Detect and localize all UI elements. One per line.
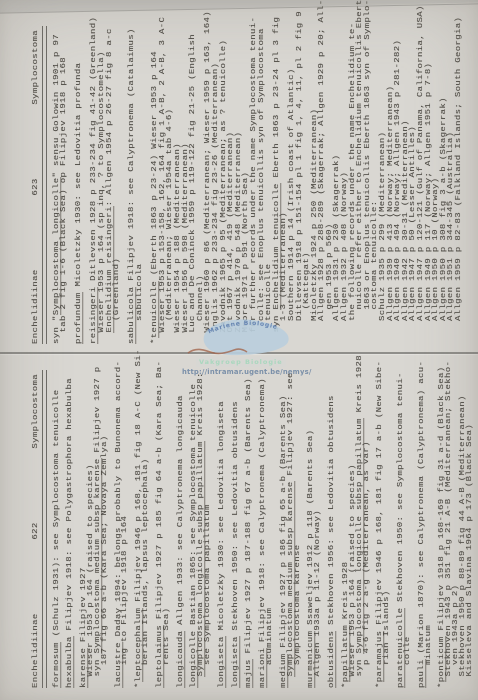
text-line: longiseta Micoletzky 1930: see Ledovitia…	[219, 356, 225, 688]
text-line: longiseta Stekhoven 1950: see Ledovitia …	[233, 356, 239, 688]
page-number: 622	[32, 522, 38, 539]
page-622-running-header: Enchelidiinae 622 Symplocostoma	[32, 374, 38, 688]
text-line: Allgen 1933a p 11-12 (Norway)	[315, 356, 321, 688]
page-623-text: syn "Symplocostoma longicolle" sensu Gol…	[54, 8, 464, 344]
text-line: obtusidens Stekhoven 1956: see Ledovitia…	[329, 356, 335, 688]
text-line: Allgen 1940 p 494 (Norway; Allgen 1943 p…	[395, 8, 401, 344]
text-line: Ott 1967 p 414, 419 (Mediterranean)	[228, 8, 234, 344]
text-line: tenuicolle	[266, 8, 272, 344]
watermark-url: http://intramar.ugent.be/nemys/	[182, 368, 312, 376]
text-line: syn Symplocostoma longicolle subsp papil…	[357, 356, 363, 688]
header-double-rule	[42, 370, 47, 688]
text-line: see Symplocostoma papillatum	[205, 356, 211, 688]
text-line: Wieser 1954 p 188 (Mediterranean)	[175, 8, 181, 344]
text-line: Allgen 1950 p 10 (Norway)	[433, 8, 439, 344]
page-623: Enchelidiinae 623 Symplocostoma syn "Sym…	[0, 8, 478, 352]
running-title-left: Enchelidiinae	[32, 269, 38, 344]
marine-biology-logo: Mariene Biologie	[178, 312, 310, 362]
page-622: Enchelidiinae 622 Symplocostoma formosum…	[0, 356, 478, 700]
text-line: Schulz 1935 p 299 (Mediterranean)	[380, 8, 386, 344]
text-line	[109, 356, 115, 688]
text-line: colle	[405, 356, 411, 688]
text-line: ing to Filipjev 1918 p 164	[122, 356, 128, 688]
scanned-book-spread: Enchelidiinae 623 Symplocostoma syn "Sym…	[0, 0, 478, 700]
text-line: rents Sea)	[164, 356, 170, 688]
text-line: Inglis 1962 p 233-234 fig 23-26 (Mediter…	[213, 8, 219, 344]
text-line: (Greenland)	[114, 8, 120, 344]
text-line: berian Islands, lapsus leptocephala)	[143, 356, 149, 688]
text-line: formosum (Schulz 1931): see Symplocostom…	[54, 356, 60, 688]
running-title-right: Symplocostoma	[32, 30, 38, 105]
text-line: majus Filipjev 1927 p 187-188 fig 67 a-b…	[246, 356, 252, 688]
running-title-left: Enchelidiinae	[32, 613, 38, 688]
page-number: 623	[32, 178, 38, 195]
text-line: (Kattegat)	[304, 8, 310, 344]
text-line: Allgen 1959 p 82-83 (Falkland Islands; S…	[456, 8, 462, 344]
running-title-right: Symplocostoma	[32, 374, 38, 449]
header-double-rule	[42, 26, 47, 344]
text-line: profundum Micoletzky 1930: see Ledovitia…	[76, 8, 82, 344]
text-line: rian Islands)	[384, 356, 390, 688]
text-line: Allgen 1947 p 120-121 (Gulf of Panama, C…	[418, 8, 424, 344]
text-line: Allgen 1932 p 408 (Norway)	[342, 8, 348, 344]
text-line: 187 fig 66 a-b (Kara Sea; Novaya Zemlya)	[102, 356, 108, 688]
text-line: Luc and De Coninck 1959 p 119-122 fig 21…	[190, 8, 196, 344]
watermark-group-label: Vakgroep Biologie	[196, 357, 286, 367]
underlined-taxon-name: obtusidens	[328, 631, 337, 688]
text-line: for further records under the name Sympl…	[251, 8, 257, 344]
text-line: tab 2 fig 1-6 (Black Sea) op Filipjev 19…	[61, 8, 67, 344]
text-line: Wieser 1953 p 164 (sp inq, ? to Symploco…	[99, 8, 105, 344]
text-line: Southern 1914 p 14 (Irish coast of Atlan…	[289, 8, 295, 344]
text-line: acuminatum	[267, 356, 273, 688]
page-622-text: formosum (Schulz 1931): see Symplocostom…	[54, 356, 474, 688]
text-line: Kisseleva and Slavina 1964 p 173 (Black …	[467, 356, 473, 688]
watermark: Mariene Biologie Vakgroep Biologie http:…	[178, 312, 328, 380]
underlined-taxon-name: longiseta	[231, 636, 240, 688]
text-line: longicauda Allgen 1933: see Calyptronema…	[178, 356, 184, 688]
text-line: *tenuicolle (Eberth 1863 p 23-24) Wieser…	[152, 8, 158, 344]
text-line: p 4-6 fig 2 a-g (Mediterranean, as var)	[364, 356, 370, 688]
text-line: Symplocostoma karense	[295, 356, 301, 688]
page-623-running-header: Enchelidiinae 623 Symplocostoma	[32, 30, 38, 344]
text-line: minatum	[426, 356, 432, 688]
underlined-taxon-name: longiseta	[217, 636, 226, 688]
text-line: sabulicola	[137, 8, 143, 344]
text-line: hexabulba Filipjev 1918: see Polygastrop…	[67, 356, 73, 688]
underlined-taxon-name: profundum	[75, 292, 84, 344]
text-line: pauli (Marion 1870): see Calyptronema (C…	[419, 356, 425, 688]
text-line	[171, 356, 177, 688]
